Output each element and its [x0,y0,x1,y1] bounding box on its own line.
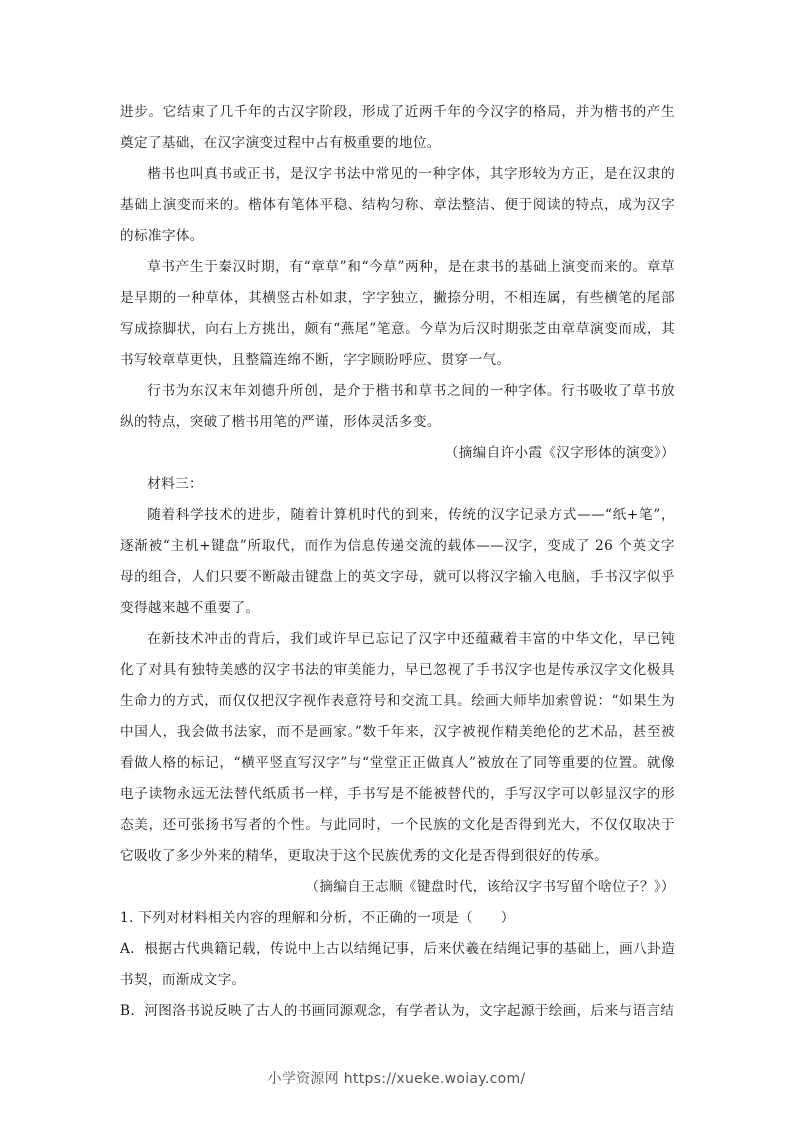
option-text: 河图洛书说反映了古人的书画同源观念，有学者认为，文字起源于绘画，后来与语言结 [144,1003,674,1019]
source-citation-2: （摘编自许小霞《汉字形体的演变》） [120,438,675,469]
paragraph-xingshu: 行书为东汉末年刘德升所创，是介于楷书和草书之间的一种字体。行书吸收了草书放纵的特… [120,376,675,438]
paragraph-kaishu-intro-continuation: 进步。它结束了几千年的古汉字阶段，形成了近两千年的今汉字的格局，并为楷书的产生奠… [120,97,675,159]
question-option-b: B. 河图洛书说反映了古人的书画同源观念，有学者认为，文字起源于绘画，后来与语言… [120,996,675,1027]
option-text: 根据古代典籍记载，传说中上古以结绳记事，后来伏羲在结绳记事的基础上，画八卦造书契… [120,941,675,988]
paragraph-caoshu: 草书产生于秦汉时期，有“章草”和“今草”两种，是在隶书的基础上演变而来的。章草是… [120,252,675,376]
question-option-a: A. 根据古代典籍记载，传说中上古以结绳记事，后来伏羲在结绳记事的基础上，画八卦… [120,934,675,996]
paragraph-material-3-body: 在新技术冲击的背后，我们或许早已忘记了汉字中还蕴藏着丰富的中华文化，早已钝化了对… [120,624,675,872]
section-heading-material-3: 材料三： [120,469,675,500]
option-label: A. [120,941,135,957]
source-citation-3: （摘编自王志顺《键盘时代，该给汉字书写留个啥位子？》） [120,872,675,903]
option-label: B. [120,1003,135,1019]
question-stem: 1. 下列对材料相关内容的理解和分析，不正确的一项是（ ） [120,903,675,934]
paragraph-material-3-intro: 随着科学技术的进步，随着计算机时代的到来，传统的汉字记录方式——“纸+笔”，逐渐… [120,500,675,624]
paragraph-kaishu: 楷书也叫真书或正书，是汉字书法中常见的一种字体，其字形较为方正，是在汉隶的基础上… [120,159,675,252]
footer-watermark: 小学资源网 https://xueke.woiay.com/ [0,1068,793,1088]
document-page: 进步。它结束了几千年的古汉字阶段，形成了近两千年的今汉字的格局，并为楷书的产生奠… [120,97,675,1027]
